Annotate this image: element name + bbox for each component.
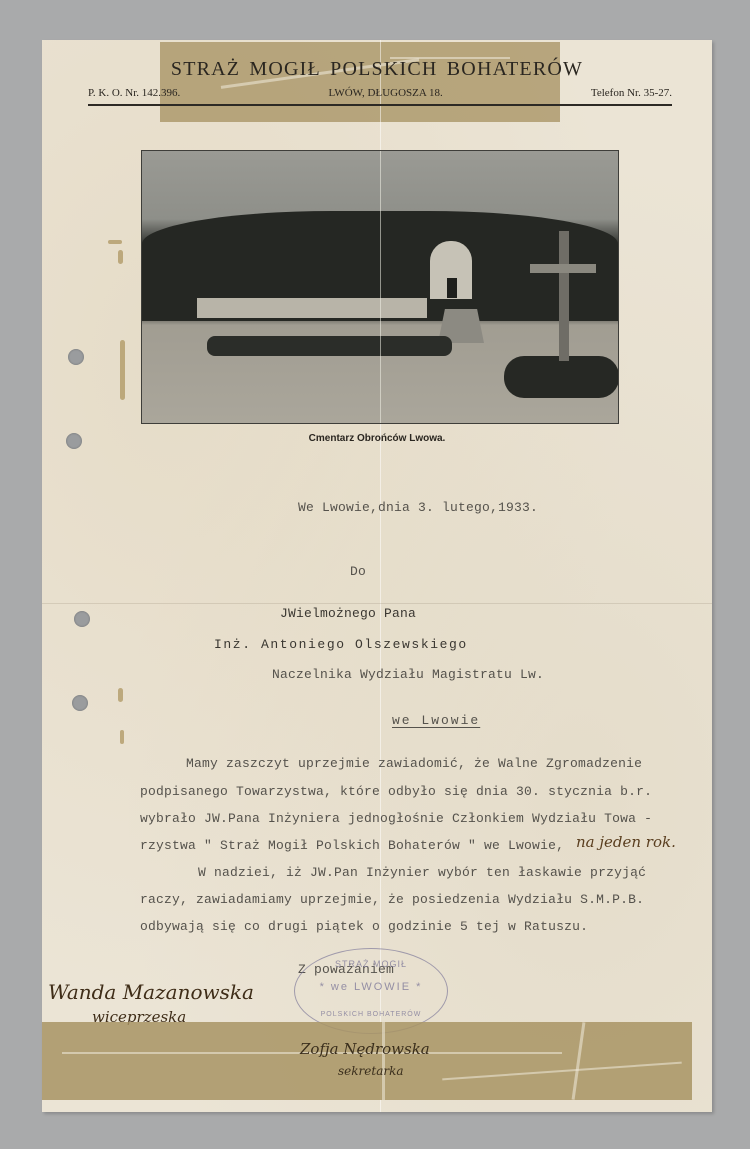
photo-caption: Cmentarz Obrońców Lwowa. <box>42 433 712 444</box>
punch-hole-1 <box>68 349 84 365</box>
body-line-7: odbywają się co drugi piątek o godzinie … <box>140 919 588 934</box>
tape-residue <box>120 340 125 400</box>
handwritten-insert: na jeden rok. <box>576 833 676 851</box>
tape-residue <box>118 688 123 702</box>
recipient-title: Naczelnika Wydziału Magistratu Lw. <box>272 667 544 682</box>
signature-2-name: Zofja Nędrowska <box>300 1040 430 1058</box>
cemetery-photo <box>141 150 619 424</box>
body-line-5: W nadziei, iż JW.Pan Inżynier wybór ten … <box>198 865 646 880</box>
signature-2-role: sekretarka <box>338 1064 404 1078</box>
stamp-line-3: POLSKICH BOHATERÓW <box>295 1011 447 1018</box>
recipient-name: Inż. Antoniego Olszewskiego <box>214 637 468 652</box>
letterhead-rule <box>88 104 672 106</box>
pko-number: P. K. O. Nr. 142.396. <box>88 87 180 99</box>
punch-hole-3 <box>74 611 90 627</box>
body-line-6: raczy, zawiadamiamy uprzejmie, że posied… <box>140 892 644 907</box>
body-line-4: rzystwa " Straż Mogił Polskich Bohaterów… <box>140 838 564 853</box>
phone-number: Telefon Nr. 35-27. <box>591 87 672 99</box>
address: LWÓW, DŁUGOSZA 18. <box>328 87 442 99</box>
tape-residue <box>120 730 124 744</box>
punch-hole-4 <box>72 695 88 711</box>
date-line: We Lwowie,dnia 3. lutego,1933. <box>298 500 538 515</box>
place-line: we Lwowie <box>392 713 480 728</box>
body-line-3: wybrało JW.Pana Inżyniera jednogłośnie C… <box>140 811 652 826</box>
stamp-line-2: * we LWOWIE * <box>295 981 447 993</box>
punch-hole-2 <box>66 433 82 449</box>
tape-bottom <box>42 1022 692 1100</box>
letterhead-title: STRAŻ MOGIŁ POLSKICH BOHATERÓW <box>42 58 712 81</box>
letter-page: STRAŻ MOGIŁ POLSKICH BOHATERÓW P. K. O. … <box>42 40 712 1112</box>
tape-residue <box>118 250 123 264</box>
tape-top <box>160 42 560 122</box>
stamp-line-1: STRAŻ MOGIŁ <box>295 959 447 969</box>
body-line-2: podpisanego Towarzystwa, które odbyło si… <box>140 784 652 799</box>
salutation: JWielmożnego Pana <box>280 606 416 621</box>
tape-residue <box>108 240 122 244</box>
signature-1-name: Wanda Mazanowska <box>48 980 254 1004</box>
letterhead-info: P. K. O. Nr. 142.396. LWÓW, DŁUGOSZA 18.… <box>88 87 672 99</box>
horizontal-fold <box>42 603 712 604</box>
to-label: Do <box>350 564 366 579</box>
body-line-1: Mamy zaszczyt uprzejmie zawiadomić, że W… <box>186 756 642 771</box>
